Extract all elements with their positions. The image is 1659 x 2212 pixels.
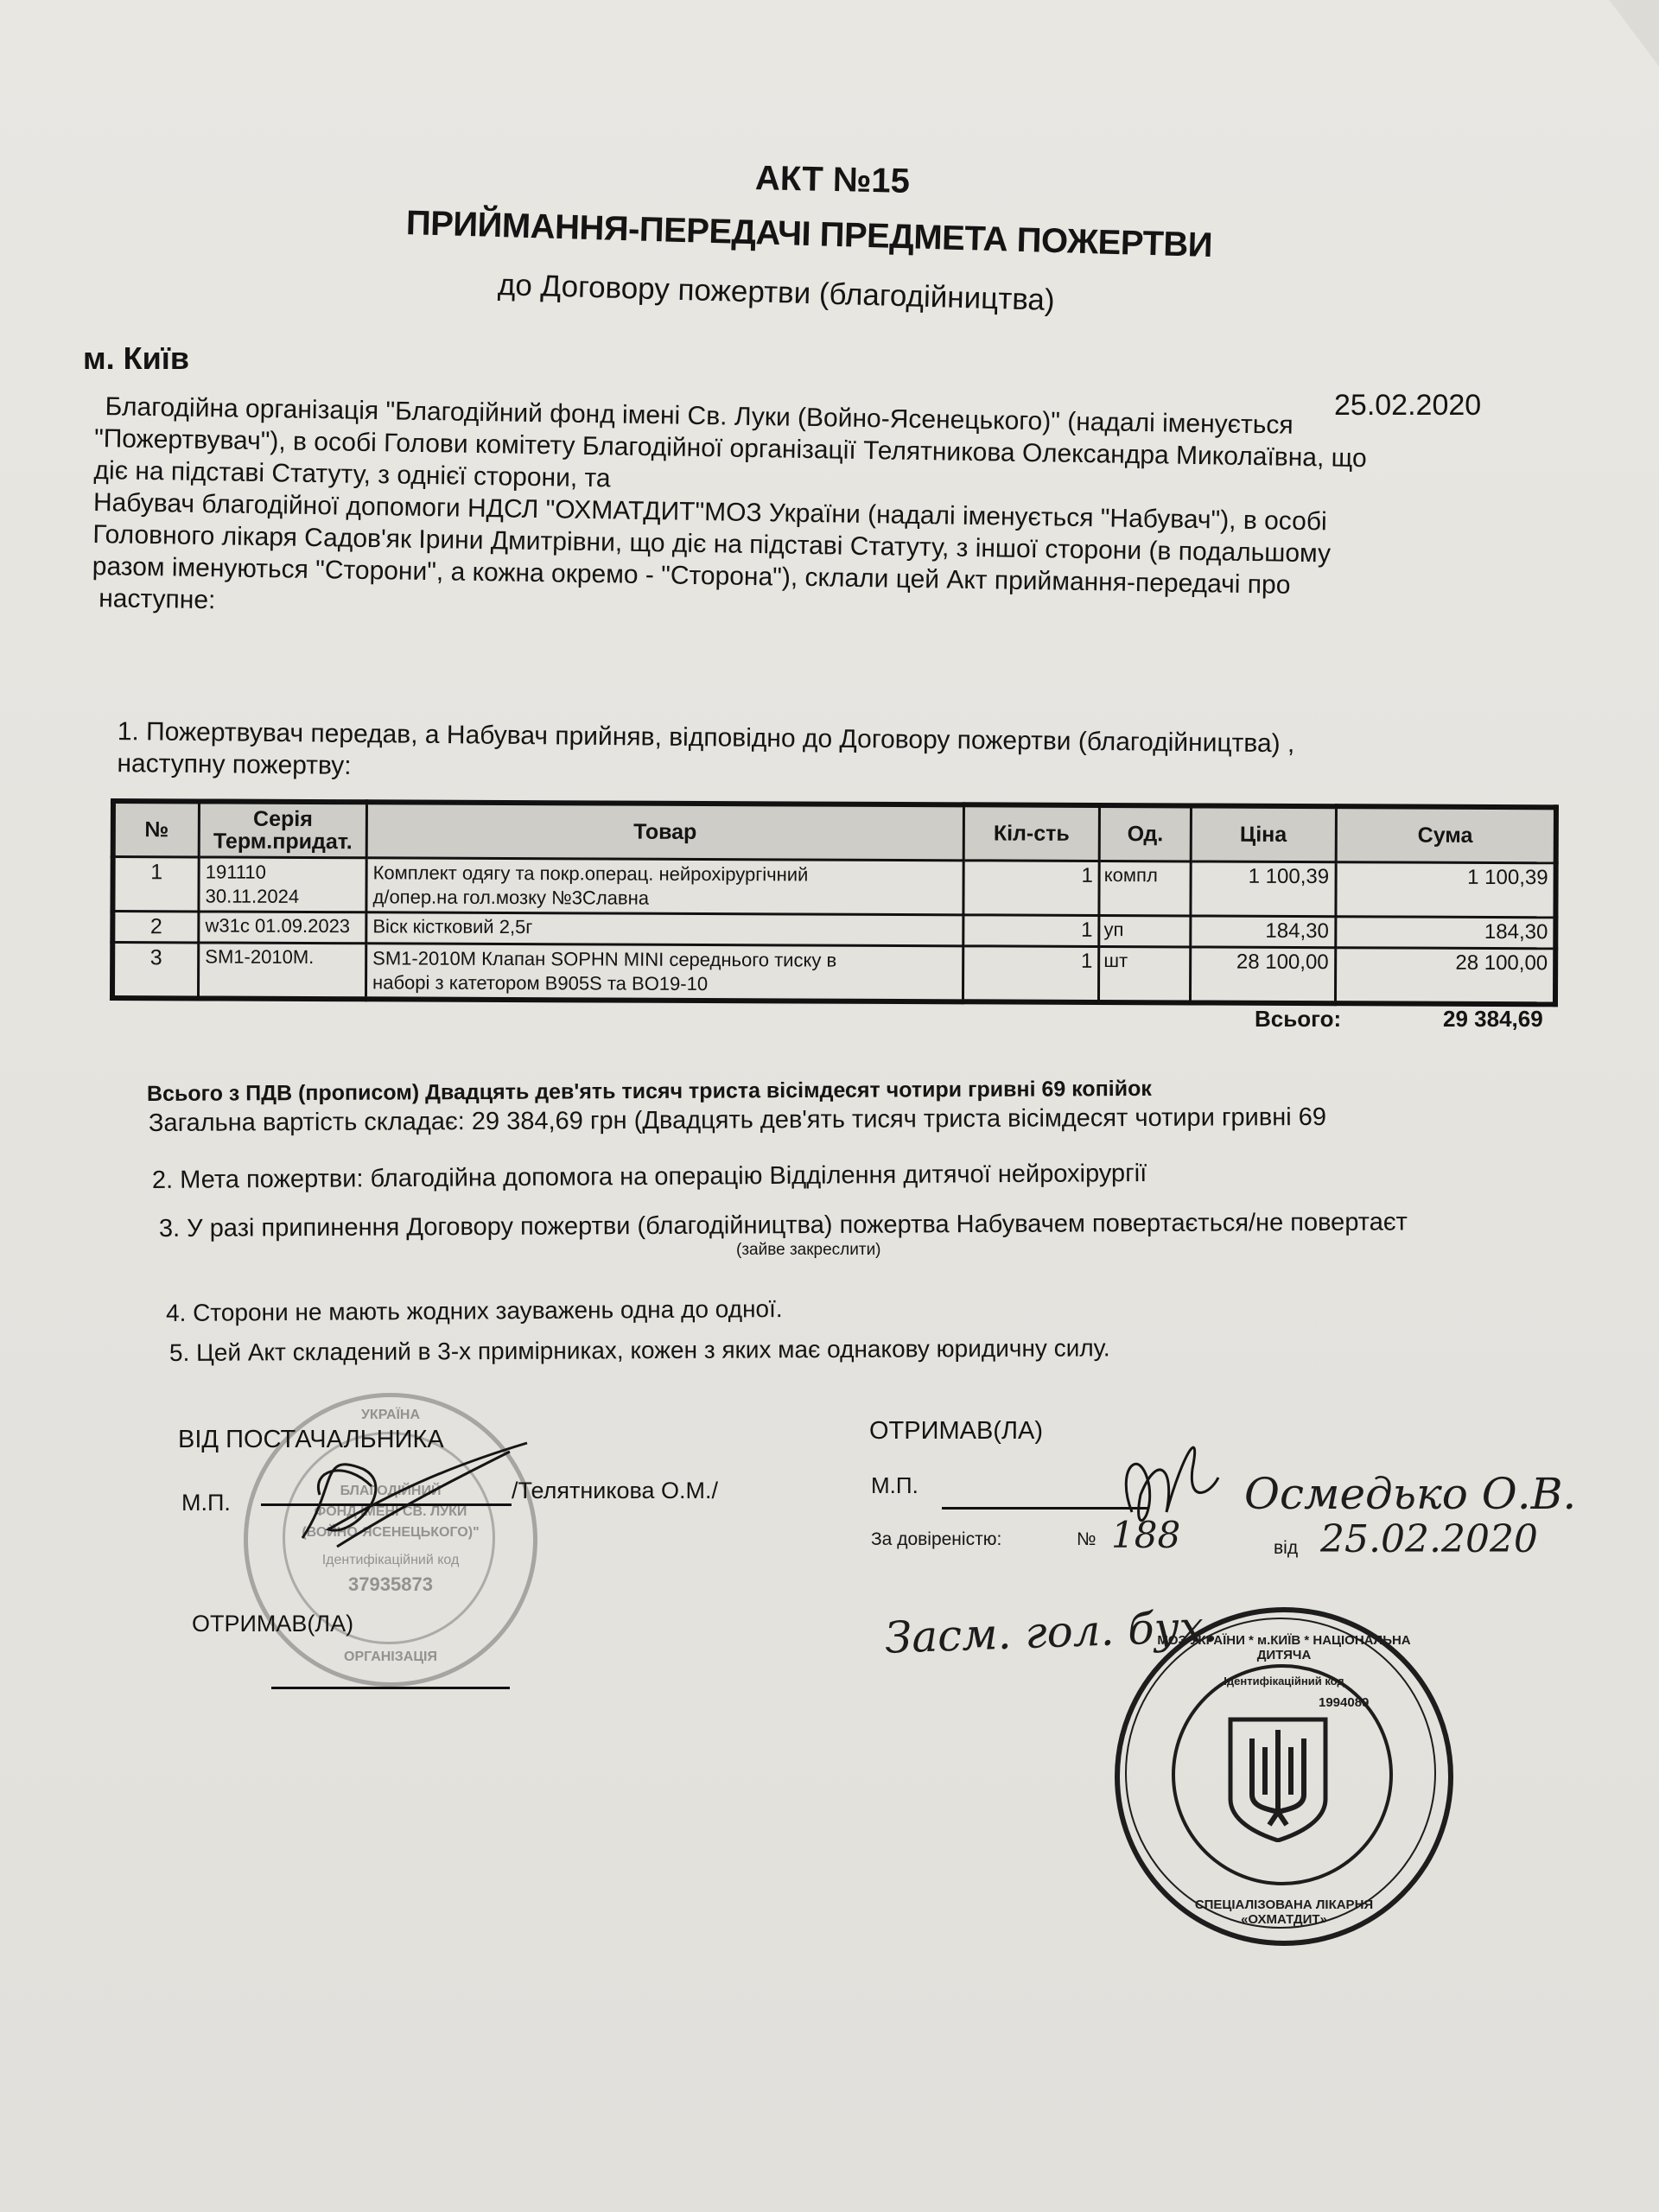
cell-unit: компл: [1099, 861, 1191, 915]
header-qty: Кіл-сть: [963, 804, 1100, 861]
cell-qty: 1: [963, 915, 1100, 947]
clause-1: 1. Пожертвувач передав, а Набувач прийня…: [110, 715, 1294, 791]
signature-line-left-received: [271, 1687, 510, 1689]
recipient-stamp: МОЗ УКРАЇНИ * м.КИЇВ * НАЦІОНАЛЬНА ДИТЯЧ…: [1115, 1607, 1453, 1946]
clause-4: 4. Сторони не мають жодних зауважень одн…: [166, 1295, 783, 1327]
cell-series: SM1-2010M.: [199, 943, 366, 999]
cell-price: 28 100,00: [1190, 947, 1335, 1003]
cell-price: 184,30: [1191, 916, 1336, 948]
seal-place-label-right: М.П.: [871, 1472, 918, 1499]
proxy-date-value: 25.02.2020: [1320, 1517, 1538, 1561]
series-value: 191110: [206, 860, 360, 885]
total-cost-line: Загальна вартість складає: 29 384,69 грн…: [149, 1103, 1326, 1138]
cell-series: 191110 30.11.2024: [199, 857, 366, 912]
cell-qty: 1: [963, 946, 1099, 1002]
cell-product: Віск кістковий 2,5г: [366, 912, 963, 946]
table-row: 1 191110 30.11.2024 Комплект одягу та по…: [112, 857, 1555, 918]
clause-2: 2. Мета пожертви: благодійна допомога на…: [152, 1160, 1147, 1195]
total-in-words: Всього з ПДВ (прописом) Двадцять дев'ять…: [147, 1077, 1152, 1107]
donor-stamp-top-text: УКРАЇНА: [248, 1408, 533, 1423]
cell-unit: шт: [1099, 946, 1191, 1002]
cell-qty: 1: [963, 861, 1100, 916]
cell-series: w31c 01.09.2023: [199, 912, 366, 944]
header-series-line1: Серія: [206, 807, 360, 830]
cell-no: 2: [112, 912, 199, 943]
header-series: Серія Терм.придат.: [199, 801, 366, 857]
proxy-date-label: від: [1274, 1538, 1298, 1559]
document-title: АКТ №15: [755, 159, 911, 201]
expiry-value: 30.11.2024: [206, 884, 360, 909]
document-subtitle: ПРИЙМАННЯ-ПЕРЕДАЧІ ПРЕДМЕТА ПОЖЕРТВИ: [405, 204, 1212, 265]
city: м. Київ: [83, 340, 189, 377]
ukraine-trident-icon: [1222, 1713, 1334, 1842]
header-unit: Од.: [1099, 805, 1191, 861]
donor-stamp-bottom-text: ОРГАНІЗАЦІЯ: [248, 1649, 533, 1665]
header-no: №: [113, 801, 200, 857]
clause-3: 3. У разі припинення Договору пожертви (…: [159, 1208, 1408, 1243]
cell-price: 1 100,39: [1191, 861, 1336, 917]
received-label-right: ОТРИМАВ(ЛА): [869, 1417, 1043, 1446]
product-line: наборі з катетором B905S та BO19-10: [372, 970, 957, 997]
seal-place-label-left: М.П.: [181, 1490, 231, 1516]
clause-3-note: (зайве закреслити): [736, 1241, 881, 1260]
goods-table: № Серія Терм.придат. Товар Кіл-сть Од. Ц…: [110, 798, 1559, 1007]
proxy-number-label: №: [1077, 1529, 1096, 1550]
cell-unit: уп: [1099, 915, 1191, 946]
document-subtitle-contract: до Договору пожертви (благодійництва): [497, 268, 1055, 318]
cell-sum: 28 100,00: [1335, 948, 1555, 1005]
product-line: Комплект одягу та покр.операц. нейрохіру…: [373, 861, 957, 887]
recipient-stamp-inner-text: Ідентифікаційний код: [1206, 1675, 1362, 1688]
total-label: Всього:: [1255, 1006, 1341, 1033]
donor-stamp-code: 37935873: [248, 1573, 533, 1596]
intro-paragraph: Благодійна організація "Благодійний фонд…: [92, 391, 1368, 634]
cell-product: Комплект одягу та покр.операц. нейрохіру…: [366, 858, 963, 915]
table-header-row: № Серія Терм.придат. Товар Кіл-сть Од. Ц…: [113, 801, 1556, 863]
recipient-stamp-bottom-text: СПЕЦІАЛІЗОВАНА ЛІКАРНЯ «ОХМАТДИТ»: [1154, 1897, 1414, 1927]
cell-no: 3: [112, 943, 199, 999]
header-sum: Сума: [1336, 806, 1556, 863]
proxy-label: За довіреністю:: [871, 1529, 1001, 1550]
product-line: д/опер.на гол.мозку №3Славна: [372, 885, 957, 912]
table-row: 3 SM1-2010M. SM1-2010M Клапан SOPHN MINI…: [112, 943, 1555, 1005]
header-product: Товар: [366, 802, 963, 861]
cell-sum: 184,30: [1335, 917, 1555, 949]
cell-sum: 1 100,39: [1335, 862, 1555, 918]
received-label-left: ОТРИМАВ(ЛА): [192, 1611, 353, 1637]
act-document: АКТ №15 ПРИЙМАННЯ-ПЕРЕДАЧІ ПРЕДМЕТА ПОЖЕ…: [0, 0, 1659, 2212]
total-value: 29 384,69: [1443, 1006, 1543, 1033]
donor-signature-icon: [285, 1434, 544, 1564]
header-price: Ціна: [1191, 805, 1336, 861]
header-series-line2: Терм.придат.: [206, 829, 360, 853]
cell-product: SM1-2010M Клапан SOPHN MINI середнього т…: [366, 944, 963, 1002]
product-line: SM1-2010M Клапан SOPHN MINI середнього т…: [372, 946, 957, 973]
recipient-stamp-code: 1994089: [1319, 1695, 1369, 1710]
recipient-stamp-top-text: МОЗ УКРАЇНИ * м.КИЇВ * НАЦІОНАЛЬНА ДИТЯЧ…: [1154, 1633, 1414, 1662]
recipient-handwritten-name: Осмедько О.В.: [1244, 1469, 1576, 1519]
cell-no: 1: [112, 857, 199, 912]
proxy-number-value: 188: [1111, 1514, 1180, 1556]
clause-5: 5. Цей Акт складений в 3-х примірниках, …: [169, 1334, 1110, 1367]
